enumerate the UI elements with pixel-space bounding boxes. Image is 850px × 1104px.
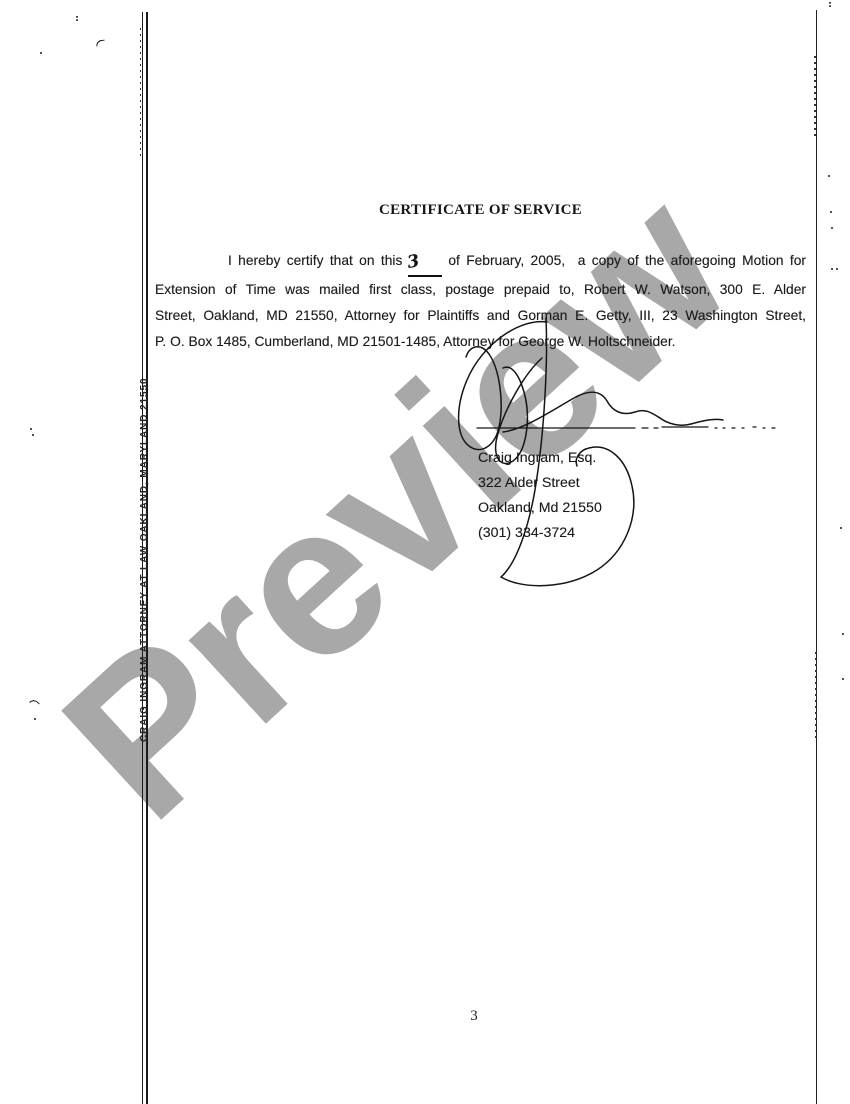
document-title: CERTIFICATE OF SERVICE xyxy=(155,202,806,219)
signer-address-line-1: 322 Alder Street xyxy=(478,475,580,491)
scan-artifact xyxy=(831,227,833,229)
body-line-1-post: of February, 2005, a copy of the aforego… xyxy=(448,253,806,268)
scan-artifact xyxy=(40,52,42,54)
handwritten-day-blank: 3 xyxy=(408,253,442,277)
body-line-1: I hereby certify that on this3of Februar… xyxy=(155,248,806,277)
scanned-document-page: Preview CRAIG INGRAM ATTORNEY AT LAW OAK… xyxy=(0,0,850,1104)
scan-artifact: : xyxy=(827,0,833,10)
body-line-1-pre: I hereby certify that on this xyxy=(228,253,402,268)
scan-artifact xyxy=(814,56,816,138)
scan-artifact xyxy=(842,633,844,635)
scan-artifact xyxy=(836,268,838,270)
body-line-2: Extension of Time was mailed first class… xyxy=(155,277,806,303)
scan-artifact xyxy=(96,40,106,47)
attorney-side-label: CRAIG INGRAM ATTORNEY AT LAW OAKLAND, MA… xyxy=(139,378,150,742)
scan-artifact xyxy=(842,678,844,680)
signer-address-line-2: Oakland, Md 21550 xyxy=(478,500,602,516)
scan-artifact xyxy=(140,28,141,158)
scan-artifact: : xyxy=(74,14,80,24)
scan-artifact xyxy=(32,434,34,436)
right-margin-rule xyxy=(816,10,817,1104)
certificate-body: I hereby certify that on this3of Februar… xyxy=(155,248,806,355)
scan-artifact xyxy=(828,175,830,177)
handwritten-day-value: 3 xyxy=(406,251,421,273)
scan-artifact xyxy=(840,527,842,529)
scan-artifact xyxy=(831,268,833,270)
page-number: 3 xyxy=(462,1008,486,1025)
body-line-3: Street, Oakland, MD 21550, Attorney for … xyxy=(155,303,806,329)
scan-artifact xyxy=(34,718,36,720)
signer-phone: (301) 334-3724 xyxy=(478,525,575,541)
signer-name: Craig Ingram, Esq. xyxy=(478,450,596,466)
scan-artifact xyxy=(815,652,817,742)
scan-artifact xyxy=(830,211,832,213)
body-line-4: P. O. Box 1485, Cumberland, MD 21501-148… xyxy=(155,329,806,355)
scan-artifact xyxy=(30,428,32,430)
